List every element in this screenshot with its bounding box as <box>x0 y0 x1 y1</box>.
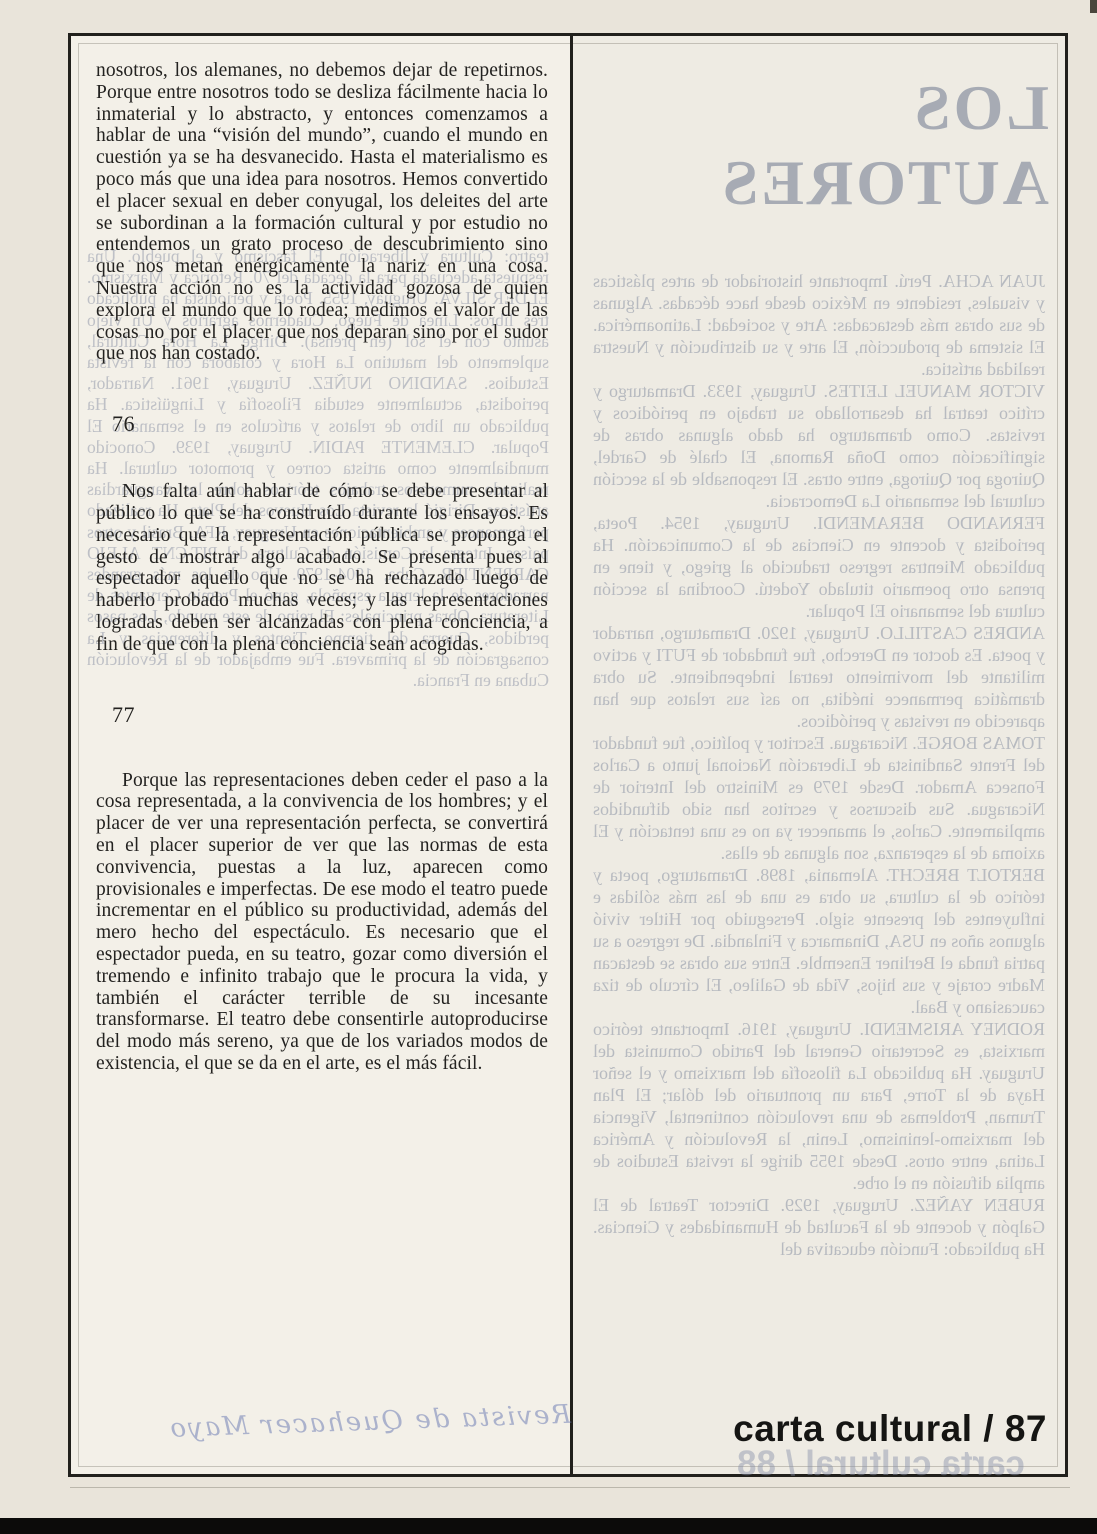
paragraph-continuation: nosotros, los alemanes, no debemos dejar… <box>96 60 548 365</box>
bleedthrough-title: LOS AUTORES <box>573 70 1065 220</box>
author-entry: ANDRES CASTILLO. Uruguay, 1920. Dramatur… <box>593 622 1045 732</box>
author-entry: JUAN ACHA. Perú. Importante historiador … <box>593 270 1045 380</box>
section-number-77: 77 <box>112 702 548 728</box>
page-edge-ghost-line <box>70 1487 1070 1488</box>
handwritten-note-text: Revista de Quehacer Mayo <box>101 1400 572 1446</box>
left-text-column: nosotros, los alemanes, no debemos dejar… <box>96 60 548 1075</box>
bleedthrough-title-line1: LOS <box>573 70 1049 145</box>
author-entry: RUBEN YAÑEZ. Uruguay, 1929. Director Tea… <box>593 1194 1045 1260</box>
author-entry: VICTOR MANUEL LEITES. Uruguay, 1933. Dra… <box>593 380 1045 512</box>
bleedthrough-title-line2: AUTORES <box>573 145 1049 220</box>
paragraph-77: Porque las representaciones deben ceder … <box>96 770 548 1075</box>
author-entry: RODNEY ARISMENDI. Uruguay, 1916. Importa… <box>593 1018 1045 1194</box>
author-entry: BERTOLT BRECHT. Alemania, 1898. Dramatur… <box>593 864 1045 1018</box>
right-ghost-column: LOS AUTORES JUAN ACHA. Perú. Importante … <box>573 36 1065 1474</box>
bleedthrough-author-entries: JUAN ACHA. Perú. Importante historiador … <box>573 270 1065 1260</box>
scan-edge-corner <box>1090 0 1097 13</box>
page-scan: teatro: Cultura y liberación. El fascism… <box>0 0 1097 1534</box>
mirrored-content: LOS AUTORES JUAN ACHA. Perú. Importante … <box>573 70 1065 1474</box>
author-entry: TOMAS BORGE. Nicaragua. Escritor y polít… <box>593 732 1045 864</box>
page-frame: teatro: Cultura y liberación. El fascism… <box>68 33 1068 1477</box>
scan-background-strip <box>0 1518 1097 1534</box>
page-number-label: carta cultural / 87 <box>733 1408 1047 1450</box>
bleedthrough-page-number: carta cultural / 88 <box>737 1444 1025 1484</box>
handwritten-note: Revista de Quehacer Mayo <box>101 1400 572 1446</box>
paragraph-76: Nos falta aún hablar de cómo se debe pre… <box>96 481 548 655</box>
section-number-76: 76 <box>112 411 548 437</box>
author-entry: FERNANDO BERAMENDI. Uruguay, 1954. Poeta… <box>593 512 1045 622</box>
